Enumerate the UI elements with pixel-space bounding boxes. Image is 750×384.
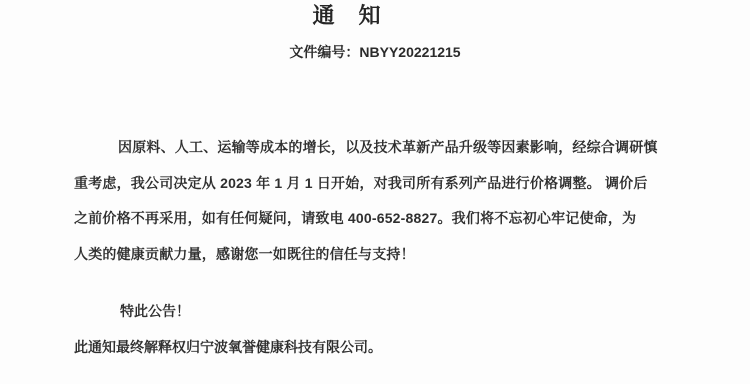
closing-statement: 特此公告！ bbox=[74, 294, 750, 330]
body-line-2: 重考虑，我公司决定从 2023 年 1 月 1 日开始，对我司所有系列产品进行价… bbox=[74, 166, 644, 202]
body-line-1: 因原料、人工、运输等成本的增长，以及技术革新产品升级等因素影响，经综合调研慎 bbox=[74, 130, 644, 166]
body-line-4: 人类的健康贡献力量，感谢您一如既往的信任与支持！ bbox=[74, 237, 644, 273]
body-line-3: 之前价格不再采用，如有任何疑问，请致电 400-652-8827。我们将不忘初心… bbox=[74, 201, 644, 237]
notice-document: 通 知 文件编号：NBYY20221215 因原料、人工、运输等成本的增长，以及… bbox=[0, 0, 750, 384]
notice-body: 因原料、人工、运输等成本的增长，以及技术革新产品升级等因素影响，经综合调研慎 重… bbox=[74, 130, 644, 272]
document-number: 文件编号：NBYY20221215 bbox=[0, 42, 750, 62]
rights-attribution: 此通知最终解释权归宁波氧誉健康科技有限公司。 bbox=[74, 330, 750, 366]
notice-title: 通 知 bbox=[0, 1, 722, 31]
